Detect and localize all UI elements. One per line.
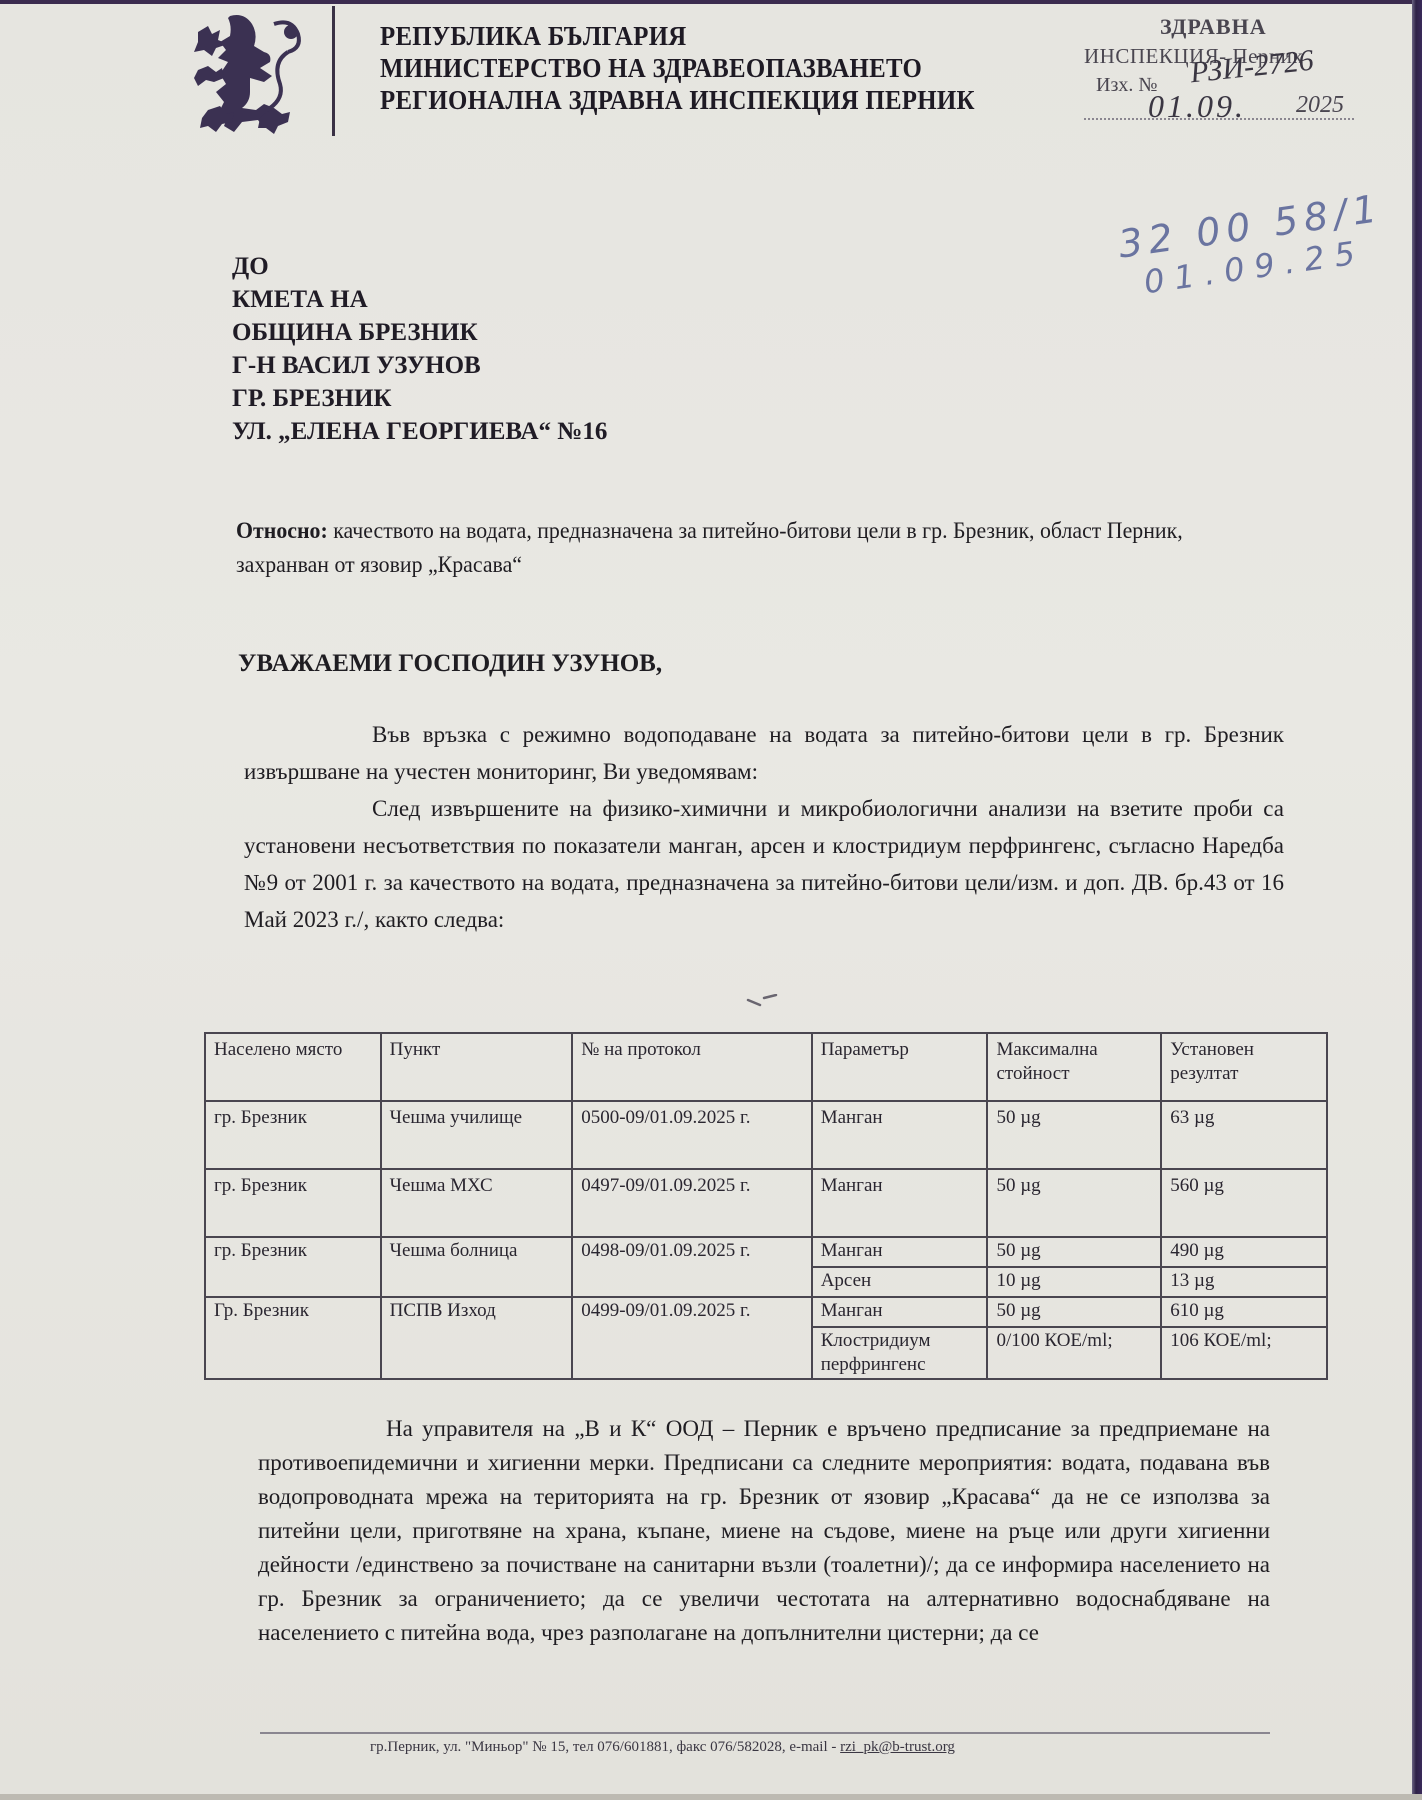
column-header: Населено място bbox=[205, 1033, 381, 1101]
cell-max-value: 50 µg bbox=[987, 1101, 1161, 1169]
cell-place: гр. Брезник bbox=[205, 1101, 381, 1169]
cell-point: ПСПВ Изход bbox=[381, 1297, 573, 1379]
cell-max-value: 50 µg bbox=[987, 1169, 1161, 1237]
addressee-line: КМЕТА НА bbox=[232, 283, 607, 316]
cell-place: гр. Брезник bbox=[205, 1169, 381, 1237]
cell-parameter: Манган bbox=[812, 1237, 988, 1267]
addressee-line: Г-Н ВАСИЛ УЗУНОВ bbox=[232, 349, 607, 382]
addressee-block: ДО КМЕТА НА ОБЩИНА БРЕЗНИК Г-Н ВАСИЛ УЗУ… bbox=[232, 250, 607, 448]
cell-max-value: 50 µg bbox=[987, 1237, 1161, 1267]
monitor-bezel-right bbox=[1412, 0, 1422, 1800]
addressee-line: ДО bbox=[232, 250, 607, 283]
subject-label: Относно: bbox=[236, 518, 328, 543]
cell-result: 13 µg bbox=[1161, 1267, 1327, 1297]
stamp-dotted-line bbox=[1084, 118, 1354, 120]
footer-contact: гр.Перник, ул. "Миньор" № 15, тел 076/60… bbox=[370, 1739, 955, 1756]
body-intro: Във връзка с режимно водоподаване на вод… bbox=[244, 716, 1284, 938]
cell-max-value: 50 µg bbox=[987, 1297, 1161, 1327]
cell-result: 63 µg bbox=[1161, 1101, 1327, 1169]
cell-max-value: 10 µg bbox=[987, 1267, 1161, 1297]
org-line-inspection: РЕГИОНАЛНА ЗДРАВНА ИНСПЕКЦИЯ ПЕРНИК bbox=[380, 84, 975, 116]
body-paragraph: Във връзка с режимно водоподаване на вод… bbox=[244, 716, 1284, 790]
footer-email-link[interactable]: rzi_pk@b-trust.org bbox=[840, 1739, 955, 1755]
cell-protocol: 0499-09/01.09.2025 г. bbox=[572, 1297, 812, 1379]
cell-result: 610 µg bbox=[1161, 1297, 1327, 1327]
subject-line: Относно: качеството на водата, предназна… bbox=[236, 514, 1234, 582]
organization-header: РЕПУБЛИКА БЪЛГАРИЯ МИНИСТЕРСТВО НА ЗДРАВ… bbox=[380, 20, 975, 116]
cell-parameter: Клостридиум перфрингенс bbox=[812, 1327, 988, 1379]
table-row: Гр. БрезникПСПВ Изход0499-09/01.09.2025 … bbox=[205, 1297, 1327, 1327]
lion-crest-icon bbox=[178, 10, 308, 140]
cell-max-value: 0/100 КОЕ/ml; bbox=[987, 1327, 1161, 1379]
cell-protocol: 0500-09/01.09.2025 г. bbox=[572, 1101, 812, 1169]
column-header: Максимална стойност bbox=[987, 1033, 1161, 1101]
addressee-line: ОБЩИНА БРЕЗНИК bbox=[232, 316, 607, 349]
cell-parameter: Манган bbox=[812, 1297, 988, 1327]
header-divider bbox=[332, 6, 335, 136]
table-row: гр. БрезникЧешма болница0498-09/01.09.20… bbox=[205, 1237, 1327, 1267]
registration-handwritten-note: 32 00 58/1 01.09.25 bbox=[1116, 186, 1391, 304]
footer-divider bbox=[260, 1732, 1270, 1734]
cell-place: гр. Брезник bbox=[205, 1237, 381, 1297]
column-header: № на протокол bbox=[572, 1033, 812, 1101]
body-paragraph: След извършените на физико-химични и мик… bbox=[244, 790, 1284, 938]
addressee-line: ГР. БРЕЗНИК bbox=[232, 382, 607, 415]
body-measures: На управителя на „В и К“ ООД – Перник е … bbox=[258, 1412, 1270, 1650]
monitor-bezel-bottom bbox=[0, 1794, 1422, 1800]
stamp-line-1: ЗДРАВНА bbox=[1160, 14, 1267, 40]
table-header-row: Населено място Пункт № на протокол Парам… bbox=[205, 1033, 1327, 1101]
ink-mark bbox=[740, 994, 790, 1010]
column-header: Пункт bbox=[381, 1033, 573, 1101]
footer-address: гр.Перник, ул. "Миньор" № 15, тел 076/60… bbox=[370, 1739, 840, 1755]
cell-parameter: Манган bbox=[812, 1169, 988, 1237]
salutation: УВАЖАЕМИ ГОСПОДИН УЗУНОВ, bbox=[238, 650, 662, 678]
cell-parameter: Арсен bbox=[812, 1267, 988, 1297]
cell-place: Гр. Брезник bbox=[205, 1297, 381, 1379]
table-row: гр. БрезникЧешма училище0500-09/01.09.20… bbox=[205, 1101, 1327, 1169]
body-paragraph: На управителя на „В и К“ ООД – Перник е … bbox=[258, 1412, 1270, 1650]
cell-result: 106 КОЕ/ml; bbox=[1161, 1327, 1327, 1379]
column-header: Установен резултат bbox=[1161, 1033, 1327, 1101]
org-line-ministry: МИНИСТЕРСТВО НА ЗДРАВЕОПАЗВАНЕТО bbox=[380, 52, 975, 84]
subject-text: качеството на водата, предназначена за п… bbox=[236, 518, 1183, 577]
cell-result: 490 µg bbox=[1161, 1237, 1327, 1267]
addressee-line: УЛ. „ЕЛЕНА ГЕОРГИЕВА“ №16 bbox=[232, 415, 607, 448]
cell-parameter: Манган bbox=[812, 1101, 988, 1169]
column-header: Параметър bbox=[812, 1033, 988, 1101]
monitor-bezel-top bbox=[0, 0, 1422, 4]
outgoing-stamp: ЗДРАВНА ИНСПЕКЦИЯ- Перник Изх. № РЗИ-272… bbox=[1080, 10, 1360, 120]
cell-point: Чешма училище bbox=[381, 1101, 573, 1169]
cell-point: Чешма болница bbox=[381, 1237, 573, 1297]
stamp-year: 2025 bbox=[1296, 92, 1344, 119]
org-line-country: РЕПУБЛИКА БЪЛГАРИЯ bbox=[380, 20, 975, 52]
table-row: гр. БрезникЧешма МХС0497-09/01.09.2025 г… bbox=[205, 1169, 1327, 1237]
cell-point: Чешма МХС bbox=[381, 1169, 573, 1237]
cell-protocol: 0498-09/01.09.2025 г. bbox=[572, 1237, 812, 1297]
cell-protocol: 0497-09/01.09.2025 г. bbox=[572, 1169, 812, 1237]
document-page: РЕПУБЛИКА БЪЛГАРИЯ МИНИСТЕРСТВО НА ЗДРАВ… bbox=[0, 4, 1412, 1794]
cell-result: 560 µg bbox=[1161, 1169, 1327, 1237]
results-table: Населено място Пункт № на протокол Парам… bbox=[204, 1032, 1328, 1380]
